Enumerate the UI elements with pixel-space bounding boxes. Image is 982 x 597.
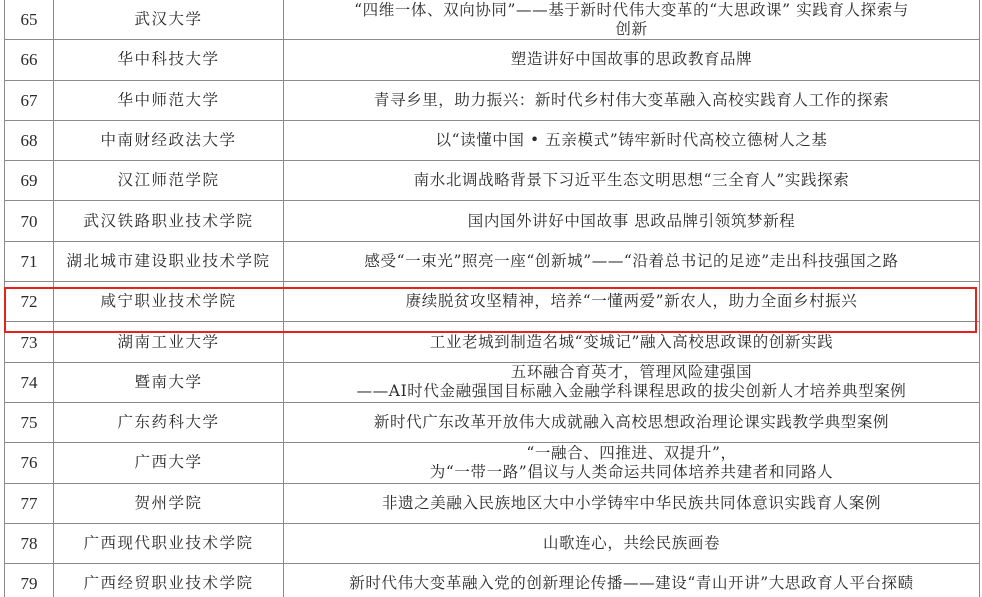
case-list-table-container: 65 武汉大学 “四维一体、双向协同”——基于新时代伟大变革的“大思政课” 实践… [4,0,979,597]
case-title-cell: 以“读懂中国 • 五亲模式”铸牢新时代高校立德树人之基 [284,120,980,160]
case-title-cell: 新时代伟大变革融入党的创新理论传播——建设“青山开讲”大思政育人平台探赜 [284,564,980,597]
case-title-line: 新时代伟大变革融入党的创新理论传播——建设“青山开讲”大思政育人平台探赜 [288,574,975,593]
row-number-cell: 68 [5,120,54,160]
table-row: 77 贺州学院 非遗之美融入民族地区大中小学铸牢中华民族共同体意识实践育人案例 [5,483,980,523]
case-title-cell: 五环融合育英才，管理风险建强国——AI时代金融强国目标融入金融学科课程思政的拔尖… [284,362,980,402]
school-name-cell: 咸宁职业技术学院 [54,282,284,322]
case-title-cell: 新时代广东改革开放伟大成就融入高校思想政治理论课实践教学典型案例 [284,402,980,442]
row-number-cell: 71 [5,241,54,281]
school-name-cell: 湖南工业大学 [54,322,284,362]
table-row: 73 湖南工业大学 工业老城到制造名城“变城记”融入高校思政课的创新实践 [5,322,980,362]
school-name-cell: 汉江师范学院 [54,161,284,201]
school-name-cell: 湖北城市建设职业技术学院 [54,241,284,281]
case-title-cell: “四维一体、双向协同”——基于新时代伟大变革的“大思政课” 实践育人探索与创新 [284,0,980,40]
case-title-line: 山歌连心，共绘民族画卷 [288,534,975,553]
school-name-cell: 华中师范大学 [54,80,284,120]
table-row: 79 广西经贸职业技术学院 新时代伟大变革融入党的创新理论传播——建设“青山开讲… [5,564,980,597]
row-number-cell: 72 [5,282,54,322]
case-title-cell: 工业老城到制造名城“变城记”融入高校思政课的创新实践 [284,322,980,362]
row-number-cell: 79 [5,564,54,597]
school-name-cell: 武汉铁路职业技术学院 [54,201,284,241]
case-title-line: 国内国外讲好中国故事 思政品牌引领筑梦新程 [288,212,975,231]
case-title-cell: 青寻乡里，助力振兴：新时代乡村伟大变革融入高校实践育人工作的探索 [284,80,980,120]
school-name-cell: 广东药科大学 [54,402,284,442]
table-row: 69 汉江师范学院 南水北调战略背景下习近平生态文明思想“三全育人”实践探索 [5,161,980,201]
school-name-cell: 广西现代职业技术学院 [54,523,284,563]
row-number-cell: 76 [5,443,54,483]
case-title-cell: 山歌连心，共绘民族画卷 [284,523,980,563]
case-title-cell: 赓续脱贫攻坚精神，培养“一懂两爱”新农人，助力全面乡村振兴 [284,282,980,322]
school-name-cell: 武汉大学 [54,0,284,40]
school-name-cell: 华中科技大学 [54,40,284,80]
table-row: 71 湖北城市建设职业技术学院 感受“一束光”照亮一座“创新城”——“沿着总书记… [5,241,980,281]
table-row: 72 咸宁职业技术学院 赓续脱贫攻坚精神，培养“一懂两爱”新农人，助力全面乡村振… [5,282,980,322]
row-number-cell: 67 [5,80,54,120]
school-name-cell: 广西经贸职业技术学院 [54,564,284,597]
case-title-line: 非遗之美融入民族地区大中小学铸牢中华民族共同体意识实践育人案例 [288,494,975,513]
case-title-line: 为“一带一路”倡议与人类命运共同体培养共建者和同路人 [288,463,975,482]
row-number-cell: 73 [5,322,54,362]
case-title-line: 青寻乡里，助力振兴：新时代乡村伟大变革融入高校实践育人工作的探索 [288,91,975,110]
case-title-cell: 国内国外讲好中国故事 思政品牌引领筑梦新程 [284,201,980,241]
case-title-line: 创新 [288,20,975,39]
row-number-cell: 70 [5,201,54,241]
table-row: 76 广西大学 “一融合、四推进、双提升”，为“一带一路”倡议与人类命运共同体培… [5,443,980,483]
table-row: 66 华中科技大学 塑造讲好中国故事的思政教育品牌 [5,40,980,80]
case-title-cell: “一融合、四推进、双提升”，为“一带一路”倡议与人类命运共同体培养共建者和同路人 [284,443,980,483]
case-title-line: 新时代广东改革开放伟大成就融入高校思想政治理论课实践教学典型案例 [288,413,975,432]
table-row: 68 中南财经政法大学 以“读懂中国 • 五亲模式”铸牢新时代高校立德树人之基 [5,120,980,160]
case-title-line: 塑造讲好中国故事的思政教育品牌 [288,50,975,69]
case-title-line: ——AI时代金融强国目标融入金融学科课程思政的拔尖创新人才培养典型案例 [288,382,975,401]
table-row: 70 武汉铁路职业技术学院 国内国外讲好中国故事 思政品牌引领筑梦新程 [5,201,980,241]
row-number-cell: 77 [5,483,54,523]
school-name-cell: 暨南大学 [54,362,284,402]
school-name-cell: 贺州学院 [54,483,284,523]
case-title-line: 工业老城到制造名城“变城记”融入高校思政课的创新实践 [288,333,975,352]
table-row: 65 武汉大学 “四维一体、双向协同”——基于新时代伟大变革的“大思政课” 实践… [5,0,980,40]
case-title-cell: 非遗之美融入民族地区大中小学铸牢中华民族共同体意识实践育人案例 [284,483,980,523]
table-body: 65 武汉大学 “四维一体、双向协同”——基于新时代伟大变革的“大思政课” 实践… [5,0,980,597]
case-title-cell: 感受“一束光”照亮一座“创新城”——“沿着总书记的足迹”走出科技强国之路 [284,241,980,281]
school-name-cell: 广西大学 [54,443,284,483]
case-title-line: 南水北调战略背景下习近平生态文明思想“三全育人”实践探索 [288,171,975,190]
case-title-line: 以“读懂中国 • 五亲模式”铸牢新时代高校立德树人之基 [288,131,975,150]
case-title-line: 赓续脱贫攻坚精神，培养“一懂两爱”新农人，助力全面乡村振兴 [288,292,975,311]
table-row: 74 暨南大学 五环融合育英才，管理风险建强国——AI时代金融强国目标融入金融学… [5,362,980,402]
case-list-table: 65 武汉大学 “四维一体、双向协同”——基于新时代伟大变革的“大思政课” 实践… [4,0,980,597]
row-number-cell: 65 [5,0,54,40]
row-number-cell: 74 [5,362,54,402]
row-number-cell: 69 [5,161,54,201]
school-name-cell: 中南财经政法大学 [54,120,284,160]
case-title-cell: 塑造讲好中国故事的思政教育品牌 [284,40,980,80]
case-title-line: 五环融合育英才，管理风险建强国 [288,363,975,382]
table-row: 78 广西现代职业技术学院 山歌连心，共绘民族画卷 [5,523,980,563]
case-title-line: “四维一体、双向协同”——基于新时代伟大变革的“大思政课” 实践育人探索与 [288,1,975,20]
table-row: 75 广东药科大学 新时代广东改革开放伟大成就融入高校思想政治理论课实践教学典型… [5,402,980,442]
table-row: 67 华中师范大学 青寻乡里，助力振兴：新时代乡村伟大变革融入高校实践育人工作的… [5,80,980,120]
case-title-cell: 南水北调战略背景下习近平生态文明思想“三全育人”实践探索 [284,161,980,201]
row-number-cell: 78 [5,523,54,563]
case-title-line: “一融合、四推进、双提升”， [288,444,975,463]
case-title-line: 感受“一束光”照亮一座“创新城”——“沿着总书记的足迹”走出科技强国之路 [288,252,975,271]
row-number-cell: 75 [5,402,54,442]
row-number-cell: 66 [5,40,54,80]
